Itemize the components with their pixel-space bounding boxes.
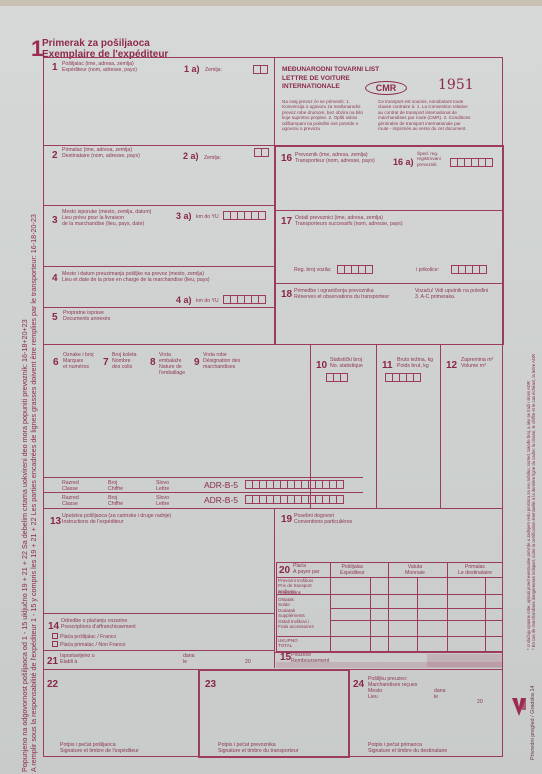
field-7-number: 7 [103,357,109,368]
divider [43,477,363,478]
form-number: 1951 [438,77,474,93]
field-13-input[interactable] [44,527,273,613]
field-21-date-label: danale [183,653,195,665]
publisher-imprint: Privredni pregled / Gradska 14 [530,685,536,760]
field-18-input[interactable] [276,302,501,343]
field-4a-km-boxes[interactable] [224,295,266,304]
field-2-label: Primalac (ime, adresa, zemlja)Destinatai… [62,147,140,159]
field-8-number: 8 [150,357,156,368]
divider [43,492,363,493]
field-1a-label: Zemlja: [205,67,222,73]
field-14-label: Odredbe o plaćanju vozarinePrescriptions… [61,618,136,630]
field-6-label: Oznake i brojMarqueset numéros [63,352,94,370]
field-4-label: Mesto i datum preuzimanja pošiljke na pr… [62,271,210,283]
vehicle-reg-boxes[interactable] [338,265,373,274]
field-24-year: 20 [477,699,483,705]
field-3a-label: km do YU [196,214,219,220]
trailer-reg-label: i prikolice: [416,267,439,273]
field-9-label: Vrsta robeDésignation desmarchandises [203,352,240,370]
non-franco-checkbox[interactable] [52,641,58,647]
field-16-label: Prevoznik (ime, adresa, zemlja)Transport… [295,152,375,164]
field-2a-label: Zemlja: [204,155,221,161]
carrier-signature-area[interactable] [201,692,346,740]
field-24-number: 24 [353,679,364,690]
col-consignee: PrimalacLe destinataire [458,564,492,576]
field-19-label: Posebni dogovoriConventions particulière… [294,513,352,525]
field-13-number: 13 [50,516,61,527]
field-22-signature-label: Potpis i pečat pošiljaocaSignature et ti… [60,742,139,754]
divider [485,577,486,652]
field-5-label: Propratne ispraveDocuments annexés [63,310,110,322]
field-4a-label: km do YU [196,298,219,304]
divider [370,577,371,652]
field-23-signature-label: Potpis i pečat prevoznikaSignature et ti… [218,742,298,754]
divider [274,283,503,284]
divider [43,205,274,206]
adr-row-1-number: BrojChiffre [108,480,123,492]
field-20-number: 20 [279,565,290,576]
field-20-label: PlaćaA payer par [293,563,320,575]
field-2-input[interactable] [44,162,273,204]
field-16a-registration-boxes[interactable] [451,158,493,167]
divider [43,145,274,146]
divider [348,669,350,757]
field-14-number: 14 [48,621,59,632]
field-17-input[interactable] [276,228,501,262]
divider [330,620,503,621]
vehicle-reg-label: Reg. broj vozila: [294,267,331,273]
field-1a-number: 1 a) [184,64,200,74]
adr-row-1-code: ADR-B-5 [204,480,238,490]
trailer-reg-boxes[interactable] [452,265,487,274]
copy-title-sr: Primerak za pošiljaoca [42,38,168,49]
divider [43,266,274,267]
field-21-number: 21 [47,656,58,667]
franco-checkbox[interactable] [52,633,58,639]
field-10-boxes[interactable] [327,373,348,382]
divider [417,577,418,652]
field-19-number: 19 [281,514,292,525]
divider [440,344,441,508]
divider [43,613,274,614]
field-1-number: 1 [52,62,58,73]
divider [330,608,503,609]
row-total: UKUPNOTOTAL [278,638,298,649]
row-reductions: Réductions [278,590,301,595]
field-12-label: Zapremina m³Volume m³ [461,357,493,369]
cmr-form-sheet: 1 Primerak za pošiljaoca Exemplaire de l… [0,0,542,774]
col-sender: PošiljalacExpéditeur [340,564,365,576]
adr-row-2-letter: SlovoLettre [156,495,169,507]
divider [388,562,389,652]
field-3-number: 3 [52,215,58,226]
field-18-label: Primedbe i ograničenja prevoznikaRéserve… [294,288,389,300]
publisher-logo-icon [512,698,526,716]
field-17-label: Ostali prevoznici (ime, adresa, zemlja)T… [295,215,403,227]
adr-row-1-boxes[interactable] [246,480,344,489]
divider [43,508,503,509]
field-4a-number: 4 a) [176,295,192,305]
field-1-input[interactable] [44,76,273,144]
field-1a-country-boxes[interactable] [254,65,268,74]
field-11-number: 11 [382,360,393,371]
goods-description-input[interactable] [44,385,309,476]
divider [276,636,503,637]
field-10-number: 10 [316,360,327,371]
field-8-label: VrstaembalažeNature del'emballage [159,352,185,376]
adr-row-2-boxes[interactable] [246,495,344,504]
col-currency: ValutaMonnaie [405,564,425,576]
field-19-input[interactable] [276,527,501,560]
adr-row-1-letter: SlovoLettre [156,480,169,492]
field-21-label: Ispostavljeno uEtabli à [60,653,95,665]
field-3a-number: 3 a) [176,211,192,221]
field-24-date-label: danale [434,688,446,700]
divider [447,562,448,652]
field-12-number: 12 [446,360,457,371]
field-2a-number: 2 a) [183,151,199,161]
field-3a-km-boxes[interactable] [224,211,266,220]
field-16-input[interactable] [276,172,501,209]
field-16a-number: 16 a) [393,157,414,167]
field-18-number: 18 [281,289,292,300]
field-17-number: 17 [281,216,292,227]
field-1-label: Pošiljalac (ime, adresa, zemlja)Expédite… [62,61,137,73]
field-10-label: Statistički brojNo. statistique [330,357,363,369]
divider [274,508,275,668]
franco-option[interactable]: Plaća pošiljalac / Franco [52,633,116,640]
field-16a-label: Šped. reg.registrovaniprevoznik [417,151,441,167]
divider [274,145,503,147]
field-3-label: Mesto isporuke (mesto, zemlja, datum)Lie… [62,209,151,227]
divider [43,650,274,651]
divider [43,307,274,308]
field-4-number: 4 [52,273,58,284]
field-16-number: 16 [281,153,292,164]
non-franco-option[interactable]: Plaća primalac / Non Franco [52,641,125,648]
paper-edge [0,0,542,6]
field-6-number: 6 [53,357,59,368]
divider [376,344,377,508]
field-3-input[interactable] [44,228,273,265]
notice-fr: Ce transport est soumis, nonobstant tout… [378,99,472,131]
field-13-label: Uputstva pošiljaoca (za carinske i druge… [62,513,171,525]
notice-sr: Na ovaj prevoz će se primeniti: 1. Konve… [282,99,372,131]
cmr-badge: CMR [365,81,407,95]
divider [198,669,350,671]
adr-row-2-number: BrojChiffre [108,495,123,507]
field-11-boxes[interactable] [386,373,421,382]
field-2a-country-boxes[interactable] [255,148,269,157]
field-7-label: Broj koletaNombredes colis [112,352,137,370]
divider [43,344,503,345]
adr-row-2-code: ADR-B-5 [204,495,238,505]
field-18-note: Vozaču! Vidi uputnik na poleđini3. A-C p… [415,288,488,300]
divider [198,669,200,757]
field-9-number: 9 [194,357,200,368]
field-24-label: Pošiljku preuzeo:Marchandises reçuesMest… [368,676,417,700]
row-balance: OstatakSoldeDodatakSupplémentsOstali tro… [278,597,314,629]
field-21-year: 20 [245,659,251,665]
divider [502,145,504,345]
field-22-number: 22 [47,679,58,690]
field-11-label: Bruto težina, kgPoids brut, kg [397,357,433,369]
divider [198,756,350,758]
adr-row-2-class: RazredClasse [62,495,79,507]
field-24-signature-label: Potpis i pečat primaocaSignature et timb… [368,742,447,754]
divider [274,210,503,211]
field-23-number: 23 [205,679,216,690]
field-2-number: 2 [52,150,58,161]
sender-signature-area[interactable] [44,692,196,740]
left-margin-instructions: Popunjeno na odgovornost pošiljaoca od 1… [20,12,38,772]
consignee-signature-area[interactable] [351,708,501,740]
field-15-shade [276,662,502,668]
adr-row-1-class: RazredClasse [62,480,79,492]
divider [330,562,331,652]
field-5-input[interactable] [44,322,273,343]
right-margin-note: * U slučaju opasne robe, upisati pored e… [526,230,536,650]
